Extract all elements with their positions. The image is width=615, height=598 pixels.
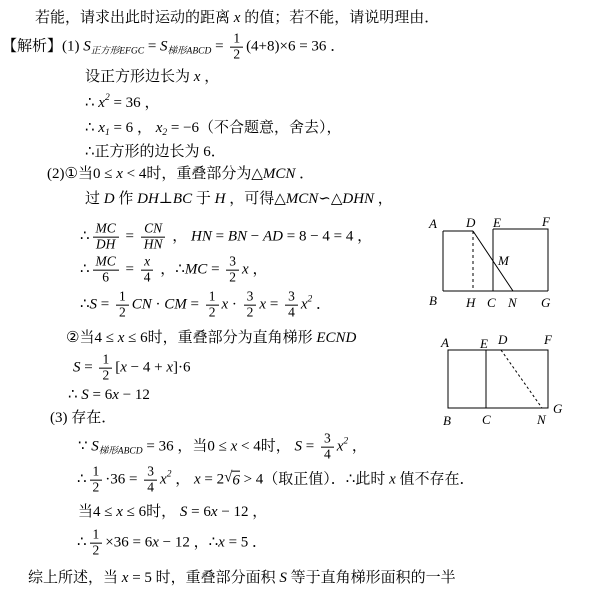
- text-run: 【解析】(1): [2, 39, 83, 56]
- text-run: 0 ≤: [207, 439, 230, 456]
- text-run: 0 ≤: [93, 166, 116, 183]
- text-run: ，: [133, 120, 156, 137]
- math-variable: MC: [96, 221, 116, 236]
- math-variable: S: [81, 387, 89, 404]
- math-variable: CM: [164, 297, 187, 314]
- label-g: G: [541, 295, 551, 310]
- text-run: (2)①当: [47, 166, 93, 183]
- text-run: ·: [152, 297, 165, 314]
- label-m: M: [497, 253, 510, 268]
- math-variable: x: [144, 254, 150, 269]
- math-variable: x: [231, 439, 238, 456]
- text-run: 值不存在．: [396, 472, 475, 489]
- text-run: − 12: [159, 535, 190, 552]
- x-squared-36: ∴ x2 = 36 ，: [85, 95, 159, 112]
- text-run: 4 ≤: [94, 330, 117, 347]
- text-run: ，可得△: [225, 191, 285, 208]
- text-run: ，: [374, 191, 393, 208]
- text-run: =: [144, 39, 160, 56]
- math-variable: HN: [144, 237, 163, 252]
- math-variable: DH: [96, 237, 116, 252]
- text-run: = 6: [187, 504, 210, 521]
- text-run: ∴: [85, 95, 98, 112]
- text-run: = 5: [128, 570, 151, 587]
- text-run: ∴: [80, 262, 90, 279]
- part3-exists: (3) 存在．: [50, 410, 116, 427]
- text-run: 4 ≤: [93, 504, 116, 521]
- fraction: 12: [90, 528, 103, 559]
- text-run: =: [302, 439, 318, 456]
- label-e: E: [492, 215, 501, 230]
- text-run: =: [212, 229, 228, 246]
- label-b: B: [429, 293, 437, 308]
- text-run: = 5: [225, 535, 248, 552]
- text-run: =: [211, 39, 227, 56]
- text-run: 3: [147, 464, 154, 479]
- text-run: 1: [119, 289, 126, 304]
- text-run: 2: [229, 270, 236, 285]
- construct-dh: 过 D 作 DH⊥BC 于 H ，可得△MCN∽△DHN ，: [85, 191, 393, 208]
- math-variable: x: [122, 570, 129, 587]
- text-run: 2: [209, 305, 216, 320]
- area-case2-setup: S = 12[x − 4 + x]·6: [73, 353, 190, 384]
- fraction: 12: [116, 290, 129, 321]
- fraction: 34: [321, 432, 334, 463]
- text-run: 2: [233, 47, 240, 62]
- text-run: （不合题意，舍去），: [199, 120, 342, 137]
- text-run: ×36 = 6: [105, 535, 152, 552]
- math-variable: DH: [137, 191, 159, 208]
- label-e: E: [479, 336, 488, 351]
- text-run: > 4: [240, 472, 263, 489]
- text-run: =: [122, 262, 138, 279]
- label-h: H: [465, 295, 476, 310]
- text-run: 当: [78, 504, 93, 521]
- text-run: （取正值）．∴此时: [263, 472, 389, 489]
- superscript: 2: [307, 295, 312, 305]
- text-run: =: [266, 297, 282, 314]
- math-variable: MCN: [263, 166, 296, 183]
- text-run: ≤ 6: [124, 330, 147, 347]
- text-run: 2: [102, 368, 109, 383]
- math-variable: x: [98, 120, 105, 137]
- math-variable: S: [83, 39, 91, 56]
- text-run: 3: [324, 431, 331, 446]
- part3-case2-solve: ∴12×36 = 6x − 12 ，∴x = 5 ．: [77, 528, 267, 559]
- math-variable: S: [73, 360, 81, 377]
- text-run: < 4: [237, 439, 260, 456]
- text-run: ∴正方形的边长为 6．: [85, 144, 226, 161]
- text-run: ∴: [80, 297, 90, 314]
- text-run: = 8 − 4 = 4: [283, 229, 353, 246]
- math-variable: MC: [96, 254, 116, 269]
- math-variable: x: [98, 95, 105, 112]
- part3-case1: ∵ S梯形ABCD = 36 ，当0 ≤ x < 4时， S = 34x2 ，: [78, 432, 367, 463]
- roots: ∴ x1 = 6 ， x2 = −6（不合题意，舍去），: [85, 120, 342, 137]
- math-variable: ECND: [316, 330, 356, 347]
- text-run: 设正方形边长为: [85, 69, 194, 86]
- math-variable: CN: [132, 297, 152, 314]
- radical: √6: [224, 471, 240, 490]
- math-variable: S: [90, 297, 98, 314]
- analysis-part1-area: 【解析】(1) S正方形EFGC = S梯形ABCD = 12(4+8)×6 =…: [2, 32, 345, 63]
- text-run: 时，重叠部分为直角梯形: [148, 330, 317, 347]
- text-run: 2: [93, 480, 100, 495]
- text-run: ]·6: [173, 360, 191, 377]
- text-run: ∴: [68, 387, 81, 404]
- text-run: 时，: [146, 504, 180, 521]
- text-run: ≤ 6: [123, 504, 146, 521]
- text-run: ，当: [174, 439, 208, 456]
- text-run: ，: [353, 229, 372, 246]
- label-d: D: [497, 332, 508, 347]
- text-run: =: [97, 297, 113, 314]
- text-run: 4: [324, 447, 331, 462]
- text-run: (3) 存在．: [50, 410, 116, 427]
- fraction: MCDH: [93, 222, 119, 253]
- text-run: = −6: [167, 120, 199, 137]
- text-run: ∵: [78, 439, 91, 456]
- math-variable: x: [194, 472, 201, 489]
- label-c: C: [482, 412, 491, 427]
- math-variable: S: [279, 570, 287, 587]
- text-run: ②当: [66, 330, 94, 347]
- trapezoid-outline: [443, 231, 548, 291]
- math-variable: x: [112, 387, 119, 404]
- fraction: 12: [230, 32, 243, 63]
- text-run: = 36: [110, 95, 141, 112]
- text-run: ．: [326, 39, 345, 56]
- text-run: = 36: [143, 439, 174, 456]
- area-case1: ∴S = 12CN · CM = 12x · 32x = 34x2 ．: [80, 290, 331, 321]
- text-run: 4: [288, 305, 295, 320]
- superscript: 2: [105, 93, 110, 103]
- text-run: −: [247, 229, 263, 246]
- subscript: 正方形EFGC: [91, 47, 144, 57]
- text-run: ，: [141, 95, 160, 112]
- math-variable: H: [215, 191, 226, 208]
- similar-ratio: ∴MCDH = CNHN ， HN = BN − AD = 8 − 4 = 4 …: [80, 222, 372, 253]
- fraction: 34: [285, 290, 298, 321]
- text-run: 3: [247, 289, 254, 304]
- text-run: = 6: [89, 387, 112, 404]
- text-run: ·: [228, 297, 241, 314]
- part3-case2: 当4 ≤ x ≤ 6时， S = 6x − 12 ，: [78, 504, 267, 521]
- text-run: < 4: [123, 166, 146, 183]
- fraction: 12: [206, 290, 219, 321]
- final-conclusion: 综上所述，当 x = 5 时，重叠部分面积 S 等于直角梯形面积的一半: [28, 570, 456, 587]
- text-run: 时，重叠部分面积: [152, 570, 280, 587]
- math-variable: x: [242, 262, 249, 279]
- text-run: ，: [348, 439, 367, 456]
- math-variable: S: [180, 504, 188, 521]
- text-run: =: [187, 297, 203, 314]
- subscript: 梯形ABCD: [168, 47, 212, 57]
- math-variable: x: [120, 360, 127, 377]
- text-run: − 12: [119, 387, 150, 404]
- math-variable: x: [259, 297, 266, 314]
- problem-restate: 若能，请求出此时运动的距离 x 的值；若不能，请说明理由．: [35, 10, 439, 27]
- text-run: 2: [119, 305, 126, 320]
- math-variable: x: [194, 69, 201, 86]
- math-variable: x: [222, 297, 229, 314]
- text-run: ，: [200, 69, 219, 86]
- text-run: ·36 =: [105, 472, 141, 489]
- label-a: A: [428, 216, 437, 231]
- text-run: 时，重叠部分为△: [146, 166, 263, 183]
- text-run: 于: [192, 191, 215, 208]
- text-run: ．: [312, 297, 331, 314]
- part2-case1: (2)①当0 ≤ x < 4时，重叠部分为△MCN ．: [47, 166, 314, 183]
- text-run: =: [122, 229, 138, 246]
- fraction: 12: [99, 353, 112, 384]
- text-run: 3: [229, 254, 236, 269]
- math-variable: BN: [228, 229, 247, 246]
- math-variable: x: [234, 10, 241, 27]
- label-f: F: [543, 332, 553, 347]
- subscript: 2: [162, 128, 167, 138]
- math-variable: AD: [263, 229, 283, 246]
- text-run: − 12: [218, 504, 249, 521]
- label-f: F: [541, 215, 551, 229]
- text-run: ．: [295, 166, 314, 183]
- fraction: x4: [141, 255, 154, 286]
- text-run: 若能，请求出此时运动的距离: [35, 10, 234, 27]
- label-n: N: [507, 295, 518, 310]
- math-variable: x: [337, 439, 344, 456]
- math-variable: BC: [173, 191, 192, 208]
- math-variable: x: [152, 535, 159, 552]
- label-d: D: [465, 215, 476, 230]
- rectangle-outline: [448, 350, 548, 408]
- text-run: ∴: [85, 120, 98, 137]
- math-variable: S: [91, 439, 99, 456]
- fraction: CNHN: [141, 222, 166, 253]
- figure-case2-svg: A E D F B C N G: [425, 330, 580, 430]
- text-run: 的值；若不能，请说明理由．: [240, 10, 439, 27]
- text-run: ，∴: [157, 262, 185, 279]
- text-run: 4: [147, 480, 154, 495]
- text-run: 作: [115, 191, 138, 208]
- math-variable: x: [218, 535, 225, 552]
- math-variable: MC: [185, 262, 208, 279]
- text-run: 1: [93, 464, 100, 479]
- subscript: 梯形ABCD: [99, 447, 143, 457]
- math-variable: x: [160, 472, 167, 489]
- text-run: 时，: [261, 439, 295, 456]
- text-run: 6: [102, 270, 109, 285]
- figure-case1: A D E F M B H C N G: [425, 215, 570, 315]
- math-variable: x: [116, 504, 123, 521]
- math-variable: x: [118, 330, 125, 347]
- text-run: =: [207, 262, 223, 279]
- text-run: 1: [93, 527, 100, 542]
- area-case2-result: ∴ S = 6x − 12: [68, 387, 150, 404]
- text-run: = 6: [110, 120, 133, 137]
- text-run: 1: [102, 352, 109, 367]
- label-b: B: [443, 413, 451, 428]
- text-run: ，∴: [190, 535, 218, 552]
- math-variable: D: [104, 191, 115, 208]
- math-variable: x: [166, 360, 173, 377]
- figure-case1-svg: A D E F M B H C N G: [425, 215, 570, 310]
- part3-case1-check: ∴12·36 = 34x2 ， x = 2√6 > 4（取正值）．∴此时 x 值…: [77, 465, 475, 496]
- text-run: ∴: [77, 535, 87, 552]
- label-c: C: [487, 295, 496, 310]
- text-run: ∽: [318, 191, 331, 208]
- text-run: 1: [209, 289, 216, 304]
- text-run: − 4 +: [127, 360, 166, 377]
- diagonal-dn: [501, 350, 542, 408]
- text-run: 4: [144, 270, 151, 285]
- text-run: 过: [85, 191, 104, 208]
- superscript: 2: [167, 470, 172, 480]
- text-run: ∴: [77, 472, 87, 489]
- math-variable: x: [156, 120, 163, 137]
- text-run: = 2: [201, 472, 224, 489]
- mc-value: ∴MC6 = x4 ，∴MC = 32x ，: [80, 255, 267, 286]
- figure-case2: A E D F B C N G: [425, 330, 580, 435]
- text-run: ，: [171, 472, 194, 489]
- math-variable: MCN: [286, 191, 319, 208]
- text-run: △: [331, 191, 343, 208]
- label-n: N: [536, 412, 547, 427]
- set-side-length: 设正方形边长为 x ，: [85, 69, 219, 86]
- label-a: A: [440, 335, 449, 350]
- text-run: 综上所述，当: [28, 570, 122, 587]
- text-run: ，: [249, 504, 268, 521]
- subscript: 1: [105, 128, 110, 138]
- fraction: 32: [244, 290, 257, 321]
- math-variable: CN: [144, 221, 162, 236]
- math-variable: DHN: [342, 191, 374, 208]
- text-run: (4+8)×6 = 36: [246, 39, 326, 56]
- fraction: 32: [226, 255, 239, 286]
- math-variable: x: [389, 472, 396, 489]
- text-run: ，: [169, 229, 192, 246]
- text-run: ，: [249, 262, 268, 279]
- math-variable: HN: [191, 229, 212, 246]
- math-variable: S: [160, 39, 168, 56]
- text-run: 2: [93, 543, 100, 558]
- fraction: 34: [144, 465, 157, 496]
- text-run: 1: [233, 31, 240, 46]
- text-run: ．: [248, 535, 267, 552]
- part2-case2: ②当4 ≤ x ≤ 6时，重叠部分为直角梯形 ECND: [66, 330, 356, 347]
- text-run: =: [81, 360, 97, 377]
- superscript: 2: [343, 437, 348, 447]
- fraction: 12: [90, 465, 103, 496]
- page: 若能，请求出此时运动的距离 x 的值；若不能，请说明理由．【解析】(1) S正方…: [0, 0, 615, 598]
- math-variable: x: [116, 166, 123, 183]
- math-variable: x: [301, 297, 308, 314]
- text-run: 3: [288, 289, 295, 304]
- label-g: G: [553, 401, 563, 416]
- math-variable: S: [294, 439, 302, 456]
- text-run: 等于直角梯形面积的一半: [287, 570, 456, 587]
- text-run: 2: [247, 305, 254, 320]
- text-run: ⊥: [159, 191, 173, 208]
- text-run: ∴: [80, 229, 90, 246]
- side-length-conclusion: ∴正方形的边长为 6．: [85, 144, 226, 161]
- fraction: MC6: [93, 255, 119, 286]
- math-variable: x: [211, 504, 218, 521]
